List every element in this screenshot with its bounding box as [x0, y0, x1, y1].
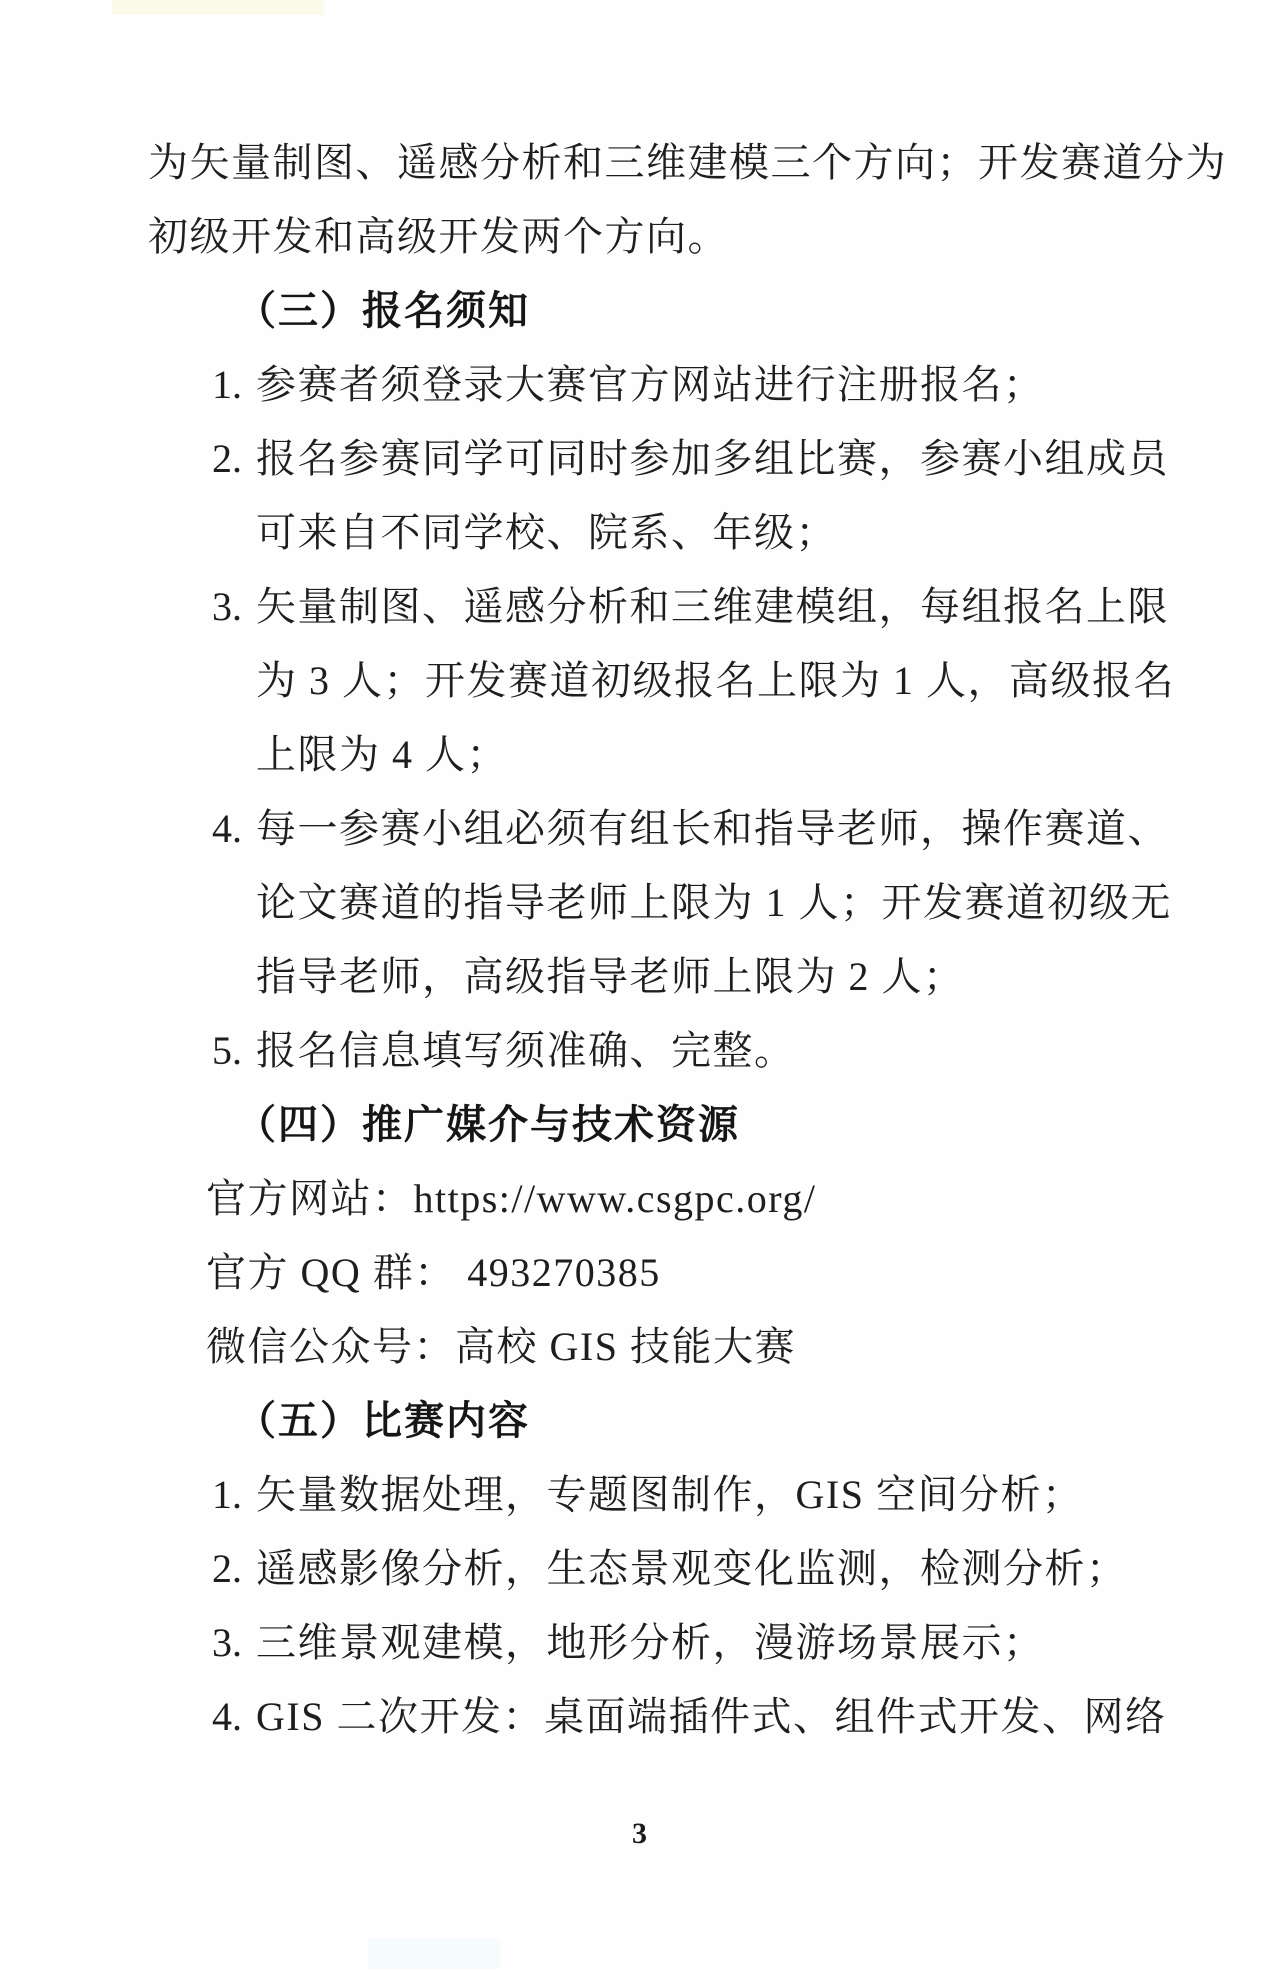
list-item: 4.每一参赛小组必须有组长和指导老师，操作赛道、: [148, 792, 1139, 866]
list-item-text: 每一参赛小组必须有组长和指导老师，操作赛道、: [256, 806, 1169, 851]
list-item-text: 矢量制图、遥感分析和三维建模组，每组报名上限: [256, 584, 1169, 629]
list-item-text: 报名参赛同学可同时参加多组比赛，参赛小组成员: [256, 436, 1169, 481]
list-item-continuation: 为 3 人；开发赛道初级报名上限为 1 人，高级报名: [148, 644, 1139, 718]
list-item-number: 3.: [212, 570, 256, 644]
list-item-number: 1.: [212, 1458, 256, 1532]
list-item: 2.遥感影像分析，生态景观变化监测，检测分析；: [148, 1532, 1139, 1606]
scan-artifact-top: [112, 0, 324, 15]
list-item: 1.参赛者须登录大赛官方网站进行注册报名；: [148, 348, 1139, 422]
list-item-number: 2.: [212, 1532, 256, 1606]
intro-line-2: 初级开发和高级开发两个方向。: [148, 200, 1139, 274]
contact-wechat-account: 微信公众号：高校 GIS 技能大赛: [148, 1310, 1139, 1384]
list-item-number: 3.: [212, 1606, 256, 1680]
list-item-text: 遥感影像分析，生态景观变化监测，检测分析；: [256, 1546, 1128, 1591]
list-item: 2.报名参赛同学可同时参加多组比赛，参赛小组成员: [148, 422, 1139, 496]
document-body: 为矢量制图、遥感分析和三维建模三个方向；开发赛道分为 初级开发和高级开发两个方向…: [148, 126, 1139, 1754]
page-number: 3: [0, 1810, 1279, 1858]
list-item-text: 矢量数据处理，专题图制作，GIS 空间分析；: [256, 1472, 1083, 1517]
list-item: 4.GIS 二次开发：桌面端插件式、组件式开发、网络: [148, 1680, 1139, 1754]
list-item: 5.报名信息填写须准确、完整。: [148, 1014, 1139, 1088]
section-heading-competition-content: （五）比赛内容: [148, 1384, 1139, 1458]
list-item-text: 报名信息填写须准确、完整。: [256, 1028, 796, 1073]
list-item-text: GIS 二次开发：桌面端插件式、组件式开发、网络: [256, 1694, 1166, 1739]
list-item-number: 4.: [212, 1680, 256, 1754]
list-item: 3.矢量制图、遥感分析和三维建模组，每组报名上限: [148, 570, 1139, 644]
scan-artifact-bottom: [368, 1938, 500, 1969]
contact-website: 官方网站：https://www.csgpc.org/: [148, 1162, 1139, 1236]
section-heading-media-resources: （四）推广媒介与技术资源: [148, 1088, 1139, 1162]
list-item-text: 三维景观建模，地形分析，漫游场景展示；: [256, 1620, 1045, 1665]
intro-line-1: 为矢量制图、遥感分析和三维建模三个方向；开发赛道分为: [148, 126, 1139, 200]
list-item: 3.三维景观建模，地形分析，漫游场景展示；: [148, 1606, 1139, 1680]
list-item-continuation: 论文赛道的指导老师上限为 1 人；开发赛道初级无: [148, 866, 1139, 940]
list-item-number: 4.: [212, 792, 256, 866]
list-item-continuation: 上限为 4 人；: [148, 718, 1139, 792]
list-item-text: 参赛者须登录大赛官方网站进行注册报名；: [256, 362, 1045, 407]
document-page: 为矢量制图、遥感分析和三维建模三个方向；开发赛道分为 初级开发和高级开发两个方向…: [0, 0, 1279, 1969]
list-item-number: 1.: [212, 348, 256, 422]
section-heading-registration-notes: （三）报名须知: [148, 274, 1139, 348]
list-item-number: 5.: [212, 1014, 256, 1088]
list-item-number: 2.: [212, 422, 256, 496]
list-item: 1.矢量数据处理，专题图制作，GIS 空间分析；: [148, 1458, 1139, 1532]
contact-qq-group: 官方 QQ 群： 493270385: [148, 1236, 1139, 1310]
list-item-continuation: 可来自不同学校、院系、年级；: [148, 496, 1139, 570]
list-item-continuation: 指导老师，高级指导老师上限为 2 人；: [148, 940, 1139, 1014]
